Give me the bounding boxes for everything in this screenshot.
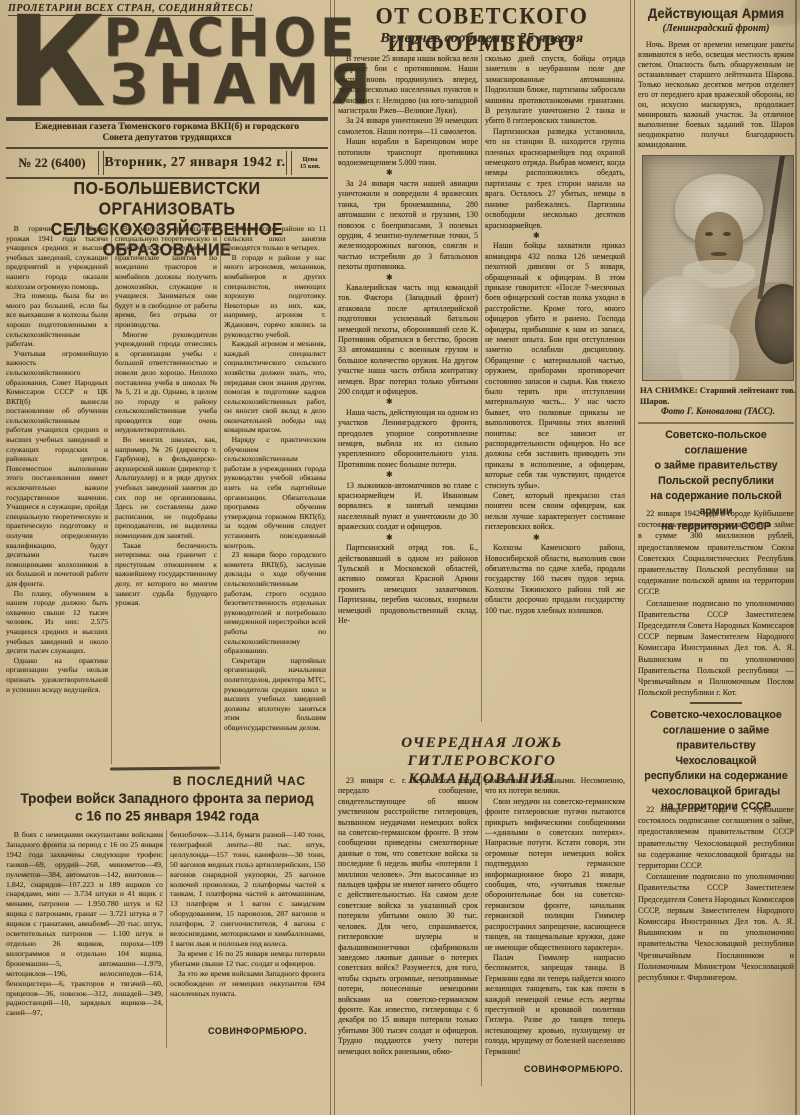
issue-price: Цена 15 коп.	[292, 149, 328, 177]
page-edge-line	[795, 0, 797, 1115]
lead-article: В горячие дни уборки урожая 1941 года ты…	[6, 224, 328, 764]
issue-number: № 22 (6400)	[6, 149, 98, 177]
lie-column-2-wrap: роженными и больными. Несомненно, что их…	[485, 776, 625, 1086]
column-rule	[481, 54, 482, 722]
lie-article: 23 января с. г. берлинское радио передал…	[338, 776, 626, 1086]
soldier-photo	[642, 155, 794, 381]
lie-column-1: 23 января с. г. берлинское радио передал…	[338, 776, 478, 1086]
section-dash-rule	[690, 702, 742, 704]
column-rule	[166, 830, 167, 1048]
column-rule	[220, 224, 221, 764]
trophies-signature: СОВИНФОРМБЮРО.	[170, 1026, 325, 1036]
column-rule	[111, 224, 112, 764]
photo-caption: НА СНИМКЕ: Старший лейтенант тов. Шаров.	[640, 385, 796, 406]
czech-agreement-body: 22 января 1942 года в г. Куйбышеве состо…	[638, 804, 794, 1074]
trophies-headline: Трофеи войск Западного фронта за период …	[6, 789, 328, 825]
lead-column-1: В горячие дни уборки урожая 1941 года ты…	[6, 224, 108, 764]
masthead-subtitle-1: Ежедневная газета Тюменского горкома ВКП…	[6, 122, 328, 133]
masthead-rule	[6, 117, 328, 121]
informbureau-column-1: В течение 25 января наши войска вели упо…	[338, 54, 478, 722]
section-rule	[638, 422, 794, 424]
column-rule	[481, 776, 482, 1086]
masthead-initial: К	[6, 15, 102, 109]
army-subtitle: (Ленинградский фронт)	[638, 23, 794, 34]
issue-date: Вторник, 27 января 1942 г.	[104, 149, 286, 177]
trophies-column-1: В боях с немецкими оккупантами войсками …	[6, 830, 163, 1048]
photo-grain	[643, 156, 793, 380]
lie-signature: СОВИНФОРМБЮРО.	[485, 1064, 625, 1074]
photo-credit: Фото Г. Коновалова (ТАСС).	[640, 406, 796, 416]
informbureau-column-2: сколько дней спустя, бойцы отряда замети…	[485, 54, 625, 722]
issue-bar: № 22 (6400) Вторник, 27 января 1942 г. Ц…	[6, 147, 328, 179]
informbureau-title: ОТ СОВЕТСКОГО ИНФОРМБЮРО	[338, 3, 626, 58]
trophies-column-2-wrap: бензобочек—3.114, бумаги разной—140 тонн…	[170, 830, 325, 1048]
masthead-subtitle-2: Совета депутатов трудящихся	[6, 133, 328, 144]
trophies-article: В боях с немецкими оккупантами войсками …	[6, 830, 328, 1048]
price-line2: 15 коп.	[300, 163, 320, 171]
lead-column-3: В Тюменском районе из 11 сельских школ з…	[224, 224, 326, 764]
lie-column-2: роженными и больными. Несомненно, что их…	[485, 776, 625, 1064]
region-divider-left	[330, 0, 335, 1115]
army-title: Действующая Армия	[638, 6, 794, 22]
region-divider-right	[630, 0, 635, 1115]
masthead-title: К расное знамя	[6, 16, 328, 116]
section-dash-rule	[110, 766, 220, 770]
lead-column-2: Во многих организациях специальную теоре…	[115, 224, 217, 764]
price-line1: Цена	[303, 156, 318, 164]
trophies-column-2: бензобочек—3.114, бумаги разной—140 тонн…	[170, 830, 325, 1026]
informbureau-subtitle: Вечернее сообщение 25 января	[338, 31, 626, 47]
czech-agreement-headline: Советско-чехословацкое соглашение о займ…	[637, 707, 795, 814]
newspaper-page: ПРОЛЕТАРИИ ВСЕХ СТРАН, СОЕДИНЯЙТЕСЬ! К р…	[0, 0, 800, 1115]
informbureau-article: В течение 25 января наши войска вели упо…	[338, 54, 626, 722]
army-body: Ночь. Время от времени немецкие ракеты в…	[638, 40, 794, 152]
last-hour-kicker: В ПОСЛЕДНИЙ ЧАС	[6, 774, 306, 788]
polish-agreement-body: 22 января 1942 года в городе Куйбышеве с…	[638, 508, 794, 700]
